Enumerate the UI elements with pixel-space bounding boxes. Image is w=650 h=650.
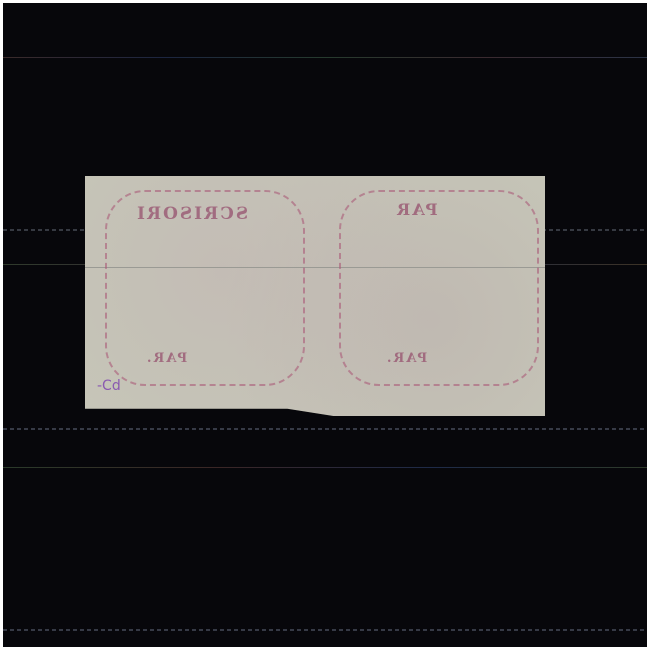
stock-strip [3,629,647,631]
mirrored-text: SCRISORI [135,204,248,224]
stamp-frame-right [339,190,539,386]
pencil-mark: -Cd [97,378,121,394]
stamp-pair: SCRISORI PAR PAR. PAR. -Cd [85,176,545,416]
mirrored-text: PAR. [385,351,427,366]
stock-strip [3,57,647,58]
stock-strip [3,467,647,468]
stock-page: SCRISORI PAR PAR. PAR. -Cd [3,3,647,647]
mirrored-text: PAR [395,200,438,219]
mirrored-text: PAR. [145,351,187,366]
stock-strip [3,428,647,430]
